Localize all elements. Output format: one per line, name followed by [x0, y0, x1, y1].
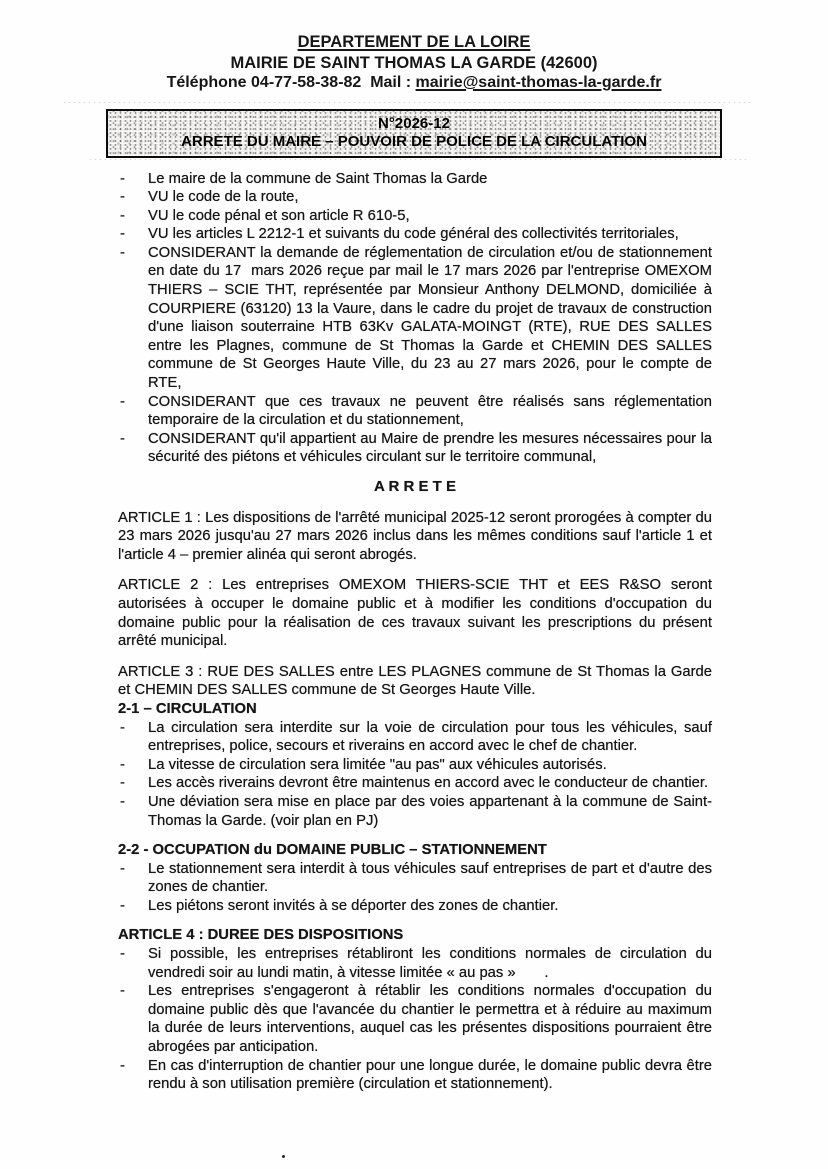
bullet-text: CONSIDERANT la demande de réglementation… [148, 244, 712, 393]
bullet-dash: - [118, 982, 148, 1056]
bullet-text: VU le code pénal et son article R 610-5, [148, 207, 712, 226]
phone-label: Téléphone 04-77-58-38-82 Mail : [167, 74, 416, 91]
bullet-dash: - [118, 188, 148, 207]
arrete-title: ARRETE DU MAIRE – POUVOIR DE POLICE DE L… [114, 133, 714, 151]
preamble-list: -Le maire de la commune de Saint Thomas … [118, 170, 712, 468]
bullet-text: La vitesse de circulation sera limitée "… [148, 756, 712, 775]
scan-noise-strip-bottom [88, 158, 748, 162]
section-2-1-heading: 2-1 – CIRCULATION [118, 700, 712, 719]
bullet-text: Si possible, les entreprises rétabliront… [148, 945, 712, 982]
section-2-2-list: -Le stationnement sera interdit à tous v… [118, 860, 712, 916]
arrete-number: N°2026-12 [114, 115, 714, 133]
bullet-dash: - [118, 860, 148, 897]
scan-noise-strip-top [62, 101, 752, 105]
bullet-dash: - [118, 1057, 148, 1094]
bullet-text: Le stationnement sera interdit à tous vé… [148, 860, 712, 897]
list-item: -VU le code pénal et son article R 610-5… [118, 207, 712, 226]
bullet-dash: - [118, 170, 148, 189]
list-item: -Les entreprises s'engageront à rétablir… [118, 982, 712, 1056]
document-page: DEPARTEMENT DE LA LOIRE MAIRIE DE SAINT … [0, 0, 828, 1169]
bullet-dash: - [118, 244, 148, 393]
bullet-dash: - [118, 897, 148, 916]
bullet-dash: - [118, 756, 148, 775]
list-item: -Une déviation sera mise en place par de… [118, 793, 712, 830]
bullet-text: La circulation sera interdite sur la voi… [148, 719, 712, 756]
list-item: -CONSIDERANT qu'il appartient au Maire d… [118, 430, 712, 467]
email-address: mairie@saint-thomas-la-garde.fr [416, 74, 662, 91]
bullet-text: VU les articles L 2212-1 et suivants du … [148, 225, 712, 244]
list-item: -La circulation sera interdite sur la vo… [118, 719, 712, 756]
list-item: -Si possible, les entreprises rétabliron… [118, 945, 712, 982]
list-item: -VU les articles L 2212-1 et suivants du… [118, 225, 712, 244]
section-2-2-heading: 2-2 - OCCUPATION du DOMAINE PUBLIC – STA… [118, 841, 712, 860]
article-3-paragraph: ARTICLE 3 : RUE DES SALLES entre LES PLA… [118, 663, 712, 700]
bullet-text: Les piétons seront invités à se déporter… [148, 897, 712, 916]
bullet-dash: - [118, 393, 148, 430]
list-item: -La vitesse de circulation sera limitée … [118, 756, 712, 775]
article-4-heading: ARTICLE 4 : DUREE DES DISPOSITIONS [118, 926, 712, 945]
scan-speck [282, 1155, 285, 1158]
article-2-paragraph: ARTICLE 2 : Les entreprises OMEXOM THIER… [118, 576, 712, 650]
bullet-text: Une déviation sera mise en place par des… [148, 793, 712, 830]
article-1-paragraph: ARTICLE 1 : Les dispositions de l'arrêté… [118, 509, 712, 565]
bullet-text: Les accès riverains devront être mainten… [148, 774, 712, 793]
bullet-dash: - [118, 430, 148, 467]
bullet-text: CONSIDERANT qu'il appartient au Maire de… [148, 430, 712, 467]
doc-header: DEPARTEMENT DE LA LOIRE MAIRIE DE SAINT … [0, 0, 828, 94]
bullet-dash: - [118, 225, 148, 244]
bullet-text: En cas d'interruption de chantier pour u… [148, 1057, 712, 1094]
bullet-dash: - [118, 793, 148, 830]
list-item: -Le maire de la commune de Saint Thomas … [118, 170, 712, 189]
doc-body: -Le maire de la commune de Saint Thomas … [118, 170, 712, 1094]
mairie-line: MAIRIE DE SAINT THOMAS LA GARDE (42600) [0, 53, 828, 74]
bullet-dash: - [118, 774, 148, 793]
bullet-text: Le maire de la commune de Saint Thomas l… [148, 170, 712, 189]
list-item: -Les accès riverains devront être mainte… [118, 774, 712, 793]
list-item: -Le stationnement sera interdit à tous v… [118, 860, 712, 897]
bullet-dash: - [118, 207, 148, 226]
title-box: N°2026-12 ARRETE DU MAIRE – POUVOIR DE P… [106, 109, 722, 158]
list-item: -CONSIDERANT que ces travaux ne peuvent … [118, 393, 712, 430]
arrete-heading: A R R E T E [118, 478, 712, 497]
list-item: -CONSIDERANT la demande de réglementatio… [118, 244, 712, 393]
section-2-1-list: -La circulation sera interdite sur la vo… [118, 719, 712, 831]
bullet-text: Les entreprises s'engageront à rétablir … [148, 982, 712, 1056]
list-item: -VU le code de la route, [118, 188, 712, 207]
bullet-dash: - [118, 719, 148, 756]
list-item: -En cas d'interruption de chantier pour … [118, 1057, 712, 1094]
list-item: -Les piétons seront invités à se déporte… [118, 897, 712, 916]
contact-line: Téléphone 04-77-58-38-82 Mail : mairie@s… [0, 73, 828, 94]
bullet-dash: - [118, 945, 148, 982]
bullet-text: VU le code de la route, [148, 188, 712, 207]
department-line: DEPARTEMENT DE LA LOIRE [0, 32, 828, 53]
article-4-list: -Si possible, les entreprises rétabliron… [118, 945, 712, 1094]
bullet-text: CONSIDERANT que ces travaux ne peuvent ê… [148, 393, 712, 430]
